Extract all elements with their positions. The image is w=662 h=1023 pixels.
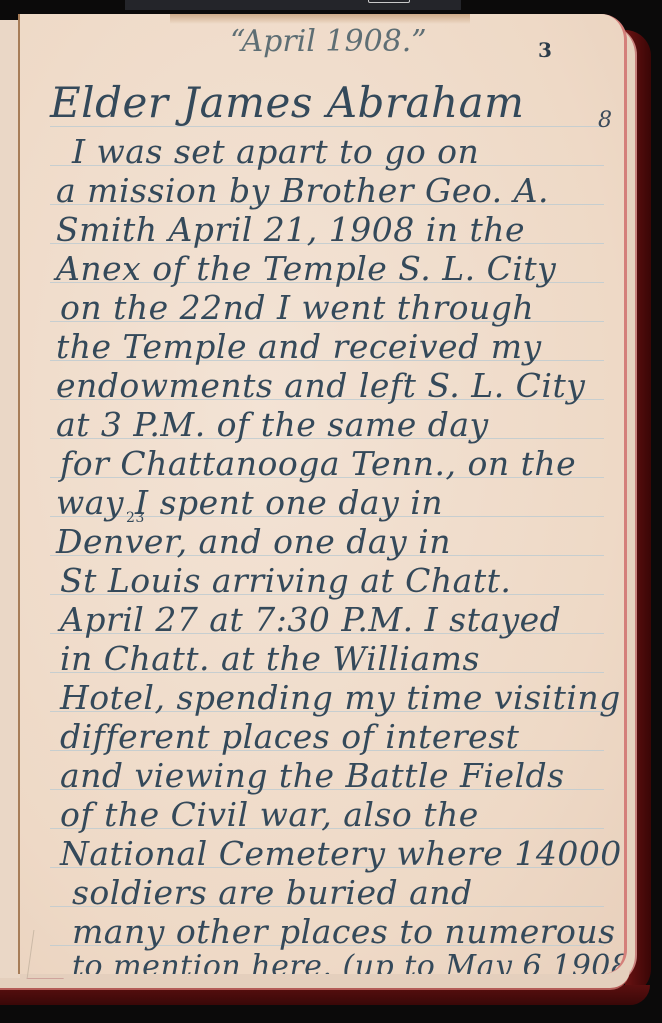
torn-paper-tab	[27, 930, 71, 979]
page-number: 3	[538, 38, 552, 62]
text-line: soldiers are buried and	[72, 873, 473, 912]
text-line: and viewing the Battle Fields	[60, 756, 565, 795]
text-line: Smith April 21, 1908 in the	[56, 210, 525, 249]
text-line: way I spent one day in	[56, 483, 443, 522]
text-line: April 27 at 7:30 P.M. I stayed	[60, 600, 561, 639]
text-line: a mission by Brother Geo. A.	[56, 171, 549, 210]
text-line: in Chatt. at the Williams	[60, 639, 480, 678]
text-line: at 3 P.M. of the same day	[56, 405, 489, 444]
text-line: St Louis arriving at Chatt.	[60, 561, 511, 600]
margin-mark: 8	[598, 108, 612, 133]
entry-title: Elder James Abraham	[50, 78, 524, 127]
journal-page: “April 1908.” 3 Elder James Abraham I wa…	[18, 14, 627, 974]
paper-stain	[170, 14, 470, 24]
text-line: of the Civil war, also the	[60, 795, 479, 834]
text-line: National Cemetery where 14000	[60, 834, 622, 873]
text-line: different places of interest	[60, 717, 519, 756]
text-line: Anex of the Temple S. L. City	[56, 249, 556, 288]
text-line: endowments and left S. L. City	[56, 366, 585, 405]
text-line: I was set apart to go on	[72, 132, 479, 171]
text-line: Hotel, spending my time visiting	[60, 678, 621, 717]
pencil-date-header: “April 1908.”	[230, 24, 427, 59]
text-line: many other places to numerous	[72, 912, 616, 951]
gutter-facing-page	[0, 20, 20, 978]
text-line: the Temple and received my	[56, 327, 542, 366]
toolbar-handle[interactable]	[368, 0, 410, 3]
viewer-toolbar[interactable]	[125, 0, 461, 10]
text-line: on the 22nd I went through	[60, 288, 534, 327]
text-line: for Chattanooga Tenn., on the	[60, 444, 576, 483]
text-line: to mention here. (up to May 6 1908)	[72, 949, 627, 974]
text-line: Denver, and one day in	[56, 522, 451, 561]
